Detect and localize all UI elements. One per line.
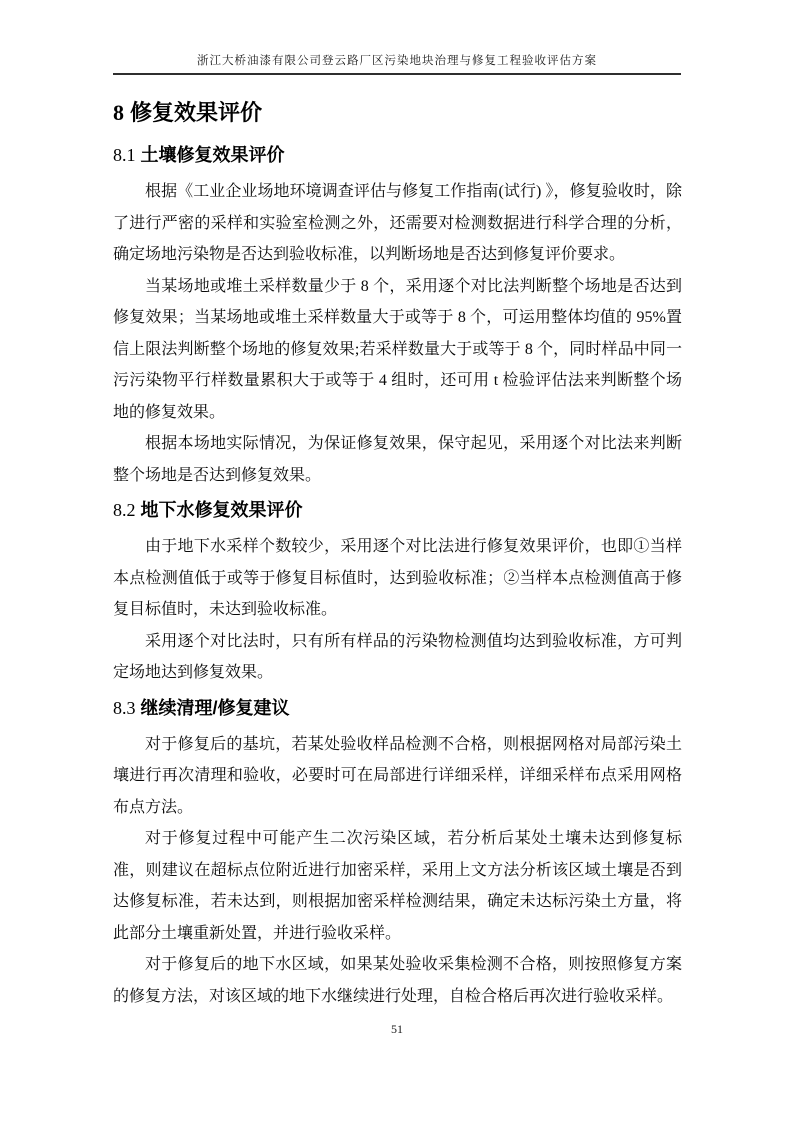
chapter-heading: 8修复效果评价 xyxy=(113,97,682,129)
section-title-text: 土壤修复效果评价 xyxy=(141,145,285,165)
paragraph: 由于地下水采样个数较少，采用逐个对比法进行修复效果评价，也即①当样本点检测值低于… xyxy=(113,531,682,626)
section-number: 8.2 xyxy=(113,500,136,520)
section-title-text: 继续清理/修复建议 xyxy=(141,698,290,718)
paragraph: 当某场地或堆土采样数量少于 8 个，采用逐个对比法判断整个场地是否达到修复效果；… xyxy=(113,271,682,429)
paragraph: 对于修复后的地下水区域，如果某处验收采集检测不合格，则按照修复方案的修复方法，对… xyxy=(113,949,682,1012)
section-heading-8-1: 8.1土壤修复效果评价 xyxy=(113,141,682,169)
paragraph: 根据《工业企业场地环境调查评估与修复工作指南(试行) 》，修复验收时，除了进行严… xyxy=(113,176,682,271)
section-title-text: 地下水修复效果评价 xyxy=(141,500,303,520)
section-number: 8.1 xyxy=(113,145,136,165)
section-heading-8-3: 8.3继续清理/修复建议 xyxy=(113,694,682,722)
paragraph: 对于修复后的基坑，若某处验收样品检测不合格，则根据网格对局部污染土壤进行再次清理… xyxy=(113,729,682,824)
running-header-title: 浙江大桥油漆有限公司登云路厂区污染地块治理与修复工程验收评估方案 xyxy=(197,55,597,67)
chapter-title-text: 修复效果评价 xyxy=(130,100,262,125)
section-number: 8.3 xyxy=(113,698,136,718)
document-page: 浙江大桥油漆有限公司登云路厂区污染地块治理与修复工程验收评估方案 8修复效果评价… xyxy=(0,0,794,1123)
chapter-number: 8 xyxy=(113,100,124,125)
paragraph: 采用逐个对比法时，只有所有样品的污染物检测值均达到验收标准，方可判定场地达到修复… xyxy=(113,626,682,689)
document-body: 8修复效果评价 8.1土壤修复效果评价 根据《工业企业场地环境调查评估与修复工作… xyxy=(113,97,682,1012)
running-header: 浙江大桥油漆有限公司登云路厂区污染地块治理与修复工程验收评估方案 xyxy=(113,52,681,75)
paragraph: 对于修复过程中可能产生二次污染区域，若分析后某处土壤未达到修复标准，则建议在超标… xyxy=(113,823,682,949)
section-heading-8-2: 8.2地下水修复效果评价 xyxy=(113,496,682,524)
paragraph: 根据本场地实际情况，为保证修复效果，保守起见，采用逐个对比法来判断整个场地是否达… xyxy=(113,428,682,491)
page-number: 51 xyxy=(113,1022,681,1037)
